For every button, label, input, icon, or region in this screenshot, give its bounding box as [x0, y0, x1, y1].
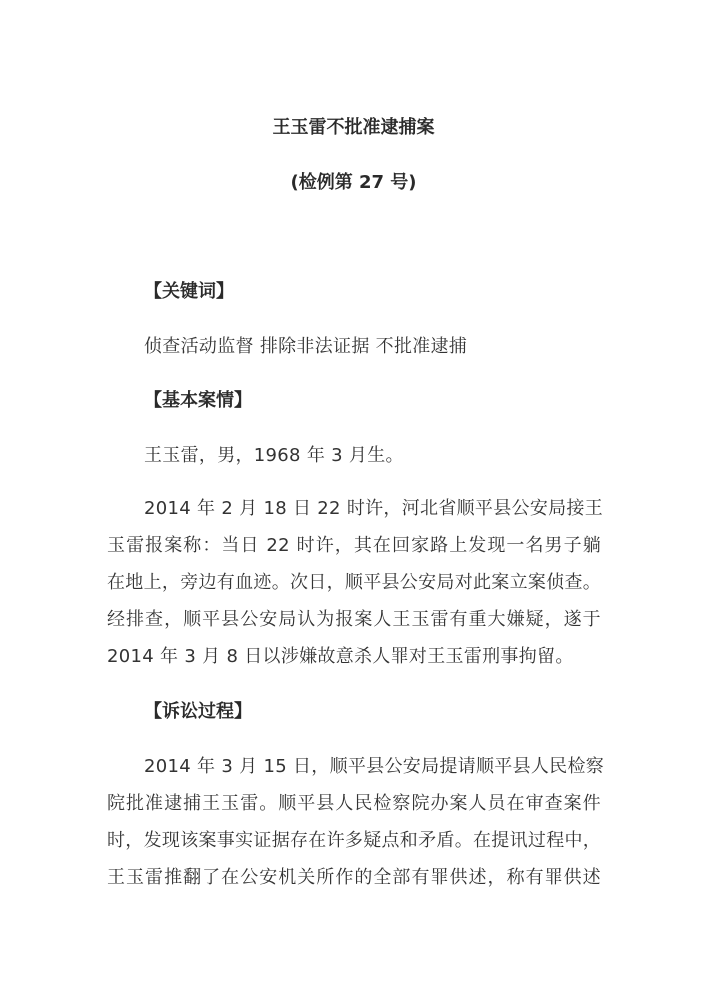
keywords-heading: 【关键词】: [144, 277, 234, 303]
basic-facts-heading: 【基本案情】: [144, 386, 252, 412]
paragraph-line: 王玉雷，男，1968 年 3 月生。: [144, 441, 404, 467]
litigation-heading: 【诉讼过程】: [144, 697, 252, 723]
document-page: 王玉雷不批准逮捕案 (检例第 27 号) 【关键词】 侦查活动监督 排除非法证据…: [0, 0, 707, 999]
paragraph-line: 时，发现该案事实证据存在许多疑点和矛盾。在提讯过程中，: [107, 826, 601, 852]
paragraph-line: 王玉雷推翻了在公安机关所作的全部有罪供述，称有罪供述: [107, 863, 601, 889]
paragraph-line: 在地上，旁边有血迹。次日，顺平县公安局对此案立案侦查。: [107, 568, 601, 594]
paragraph-line: 2014 年 3 月 15 日，顺平县公安局提请顺平县人民检察: [144, 752, 601, 778]
keywords-text: 侦查活动监督 排除非法证据 不批准逮捕: [144, 332, 467, 358]
case-number: (检例第 27 号): [0, 168, 707, 194]
paragraph-line: 2014 年 3 月 8 日以涉嫌故意杀人罪对王玉雷刑事拘留。: [107, 642, 574, 668]
paragraph-line: 2014 年 2 月 18 日 22 时许，河北省顺平县公安局接王: [144, 494, 601, 520]
paragraph-line: 经排查，顺平县公安局认为报案人王玉雷有重大嫌疑，遂于: [107, 605, 601, 631]
paragraph-line: 玉雷报案称：当日 22 时许，其在回家路上发现一名男子躺: [107, 531, 601, 557]
document-title: 王玉雷不批准逮捕案: [0, 113, 707, 139]
paragraph-line: 院批准逮捕王玉雷。顺平县人民检察院办案人员在审查案件: [107, 789, 601, 815]
